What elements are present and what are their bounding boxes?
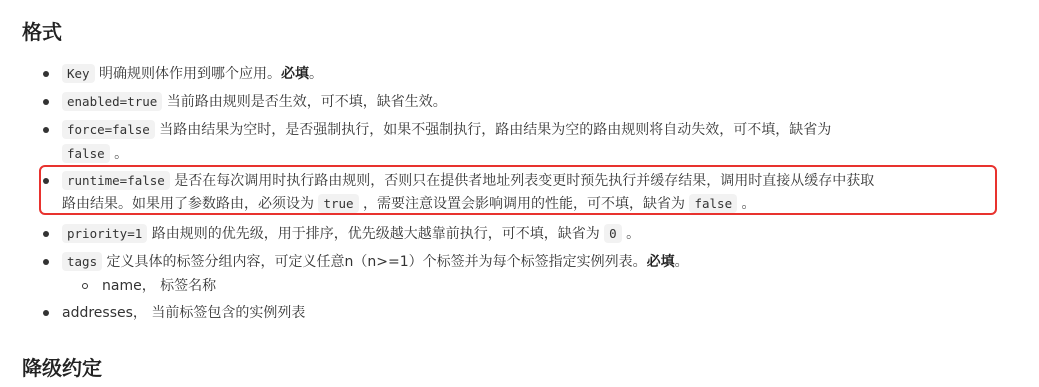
code-runtime: runtime=false (62, 171, 170, 190)
hollow-bullet-icon (82, 283, 88, 289)
item-text: 路由结果。如果用了参数路由，必须设为 (62, 196, 318, 212)
punct: 。 (737, 196, 755, 212)
item-text: 定义具体的标签分组内容，可定义任意n（n>=1）个标签并为每个标签指定实例列表。 (102, 254, 647, 270)
bullet-icon (43, 310, 49, 316)
item-text: 是否在每次调用时执行路由规则，否则只在提供者地址列表变更时预先执行并缓存结果，调… (170, 173, 874, 189)
code-enabled: enabled=true (62, 92, 162, 111)
bullet-icon (43, 99, 49, 105)
required-label: 必填 (281, 66, 309, 82)
item-text: addresses， 当前标签包含的实例列表 (62, 302, 305, 324)
bullet-icon (43, 127, 49, 133)
code-zero: 0 (604, 224, 622, 243)
section-heading-degrade: 降级约定 (22, 356, 102, 380)
code-priority: priority=1 (62, 224, 147, 243)
punct: 。 (309, 66, 323, 82)
punct: 。 (110, 146, 128, 162)
bullet-icon (43, 231, 49, 237)
code-false: false (689, 194, 737, 213)
item-text: 当前路由规则是否生效，可不填，缺省生效。 (162, 94, 446, 110)
code-false: false (62, 144, 110, 163)
required-label: 必填 (647, 254, 675, 270)
code-tags: tags (62, 252, 102, 271)
sub-item-name: name， 标签名称 (102, 275, 216, 297)
bullet-icon (43, 71, 49, 77)
bullet-icon (43, 259, 49, 265)
bullet-icon (43, 178, 49, 184)
item-text: ，需要注意设置会影响调用的性能，可不填，缺省为 (359, 196, 690, 212)
punct: 。 (675, 254, 689, 270)
item-text: 路由规则的优先级，用于排序，优先级越大越靠前执行，可不填，缺省为 (147, 226, 604, 242)
item-text: 当路由结果为空时，是否强制执行，如果不强制执行，路由结果为空的路由规则将自动失效… (155, 122, 831, 138)
item-text: 明确规则体作用到哪个应用。 (95, 66, 281, 82)
code-key: Key (62, 64, 95, 83)
code-force: force=false (62, 120, 155, 139)
punct: 。 (622, 226, 640, 242)
section-heading-format: 格式 (22, 20, 62, 44)
code-true: true (318, 194, 358, 213)
